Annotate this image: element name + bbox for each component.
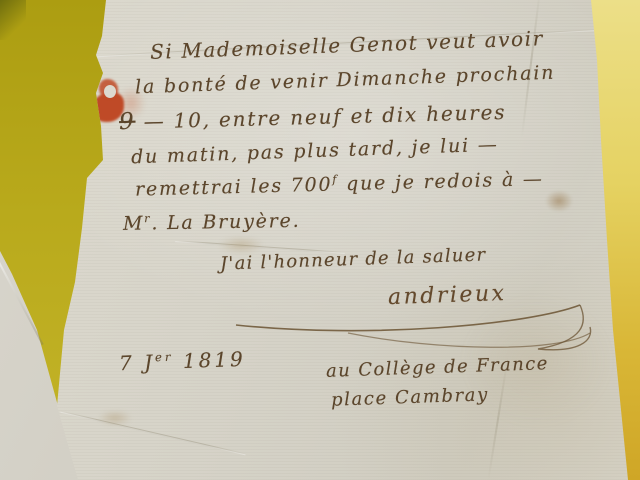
letter-photograph: Si Mademoiselle Genot veut avoir la bont… [0, 0, 640, 480]
line-6-monsieur: M [123, 213, 145, 235]
date-superscript: er [155, 350, 174, 365]
handwriting-line-5: remettrai les 700f que je redois à — [135, 168, 544, 201]
date-year: 1819 [173, 347, 246, 374]
struck-out-number: 9 [119, 109, 136, 135]
handwriting-line-6: Mr. La Bruyère. [123, 209, 301, 234]
ink-stain-right [545, 190, 573, 212]
paper-crease [60, 411, 246, 456]
date-day: 7 J [119, 350, 156, 375]
wax-seal-paper-spot [104, 85, 116, 98]
background-dark-corner [0, 0, 26, 40]
handwriting-line-1: Si Mademoiselle Genot veut avoir [150, 26, 545, 64]
handwriting-line-3: 9 — 10, entre neuf et dix heures [119, 99, 507, 135]
handwriting-line-2: la bonté de venir Dimanche prochain [135, 62, 556, 99]
date-line: 7 Jer 1819 [119, 347, 247, 375]
line-6-rest: . La Bruyère. [151, 210, 300, 235]
age-stain-center [218, 236, 264, 254]
handwriting-line-4: du matin, pas plus tard, je lui — [131, 134, 499, 169]
age-stain-bottom-left [98, 410, 132, 426]
line-5-amount: remettrai les 700 [135, 174, 333, 201]
signature-flourish [228, 297, 596, 359]
handwriting-line-3-text: — 10, entre neuf et dix heures [143, 100, 506, 133]
line-5-rest: que je redois à — [338, 168, 544, 195]
